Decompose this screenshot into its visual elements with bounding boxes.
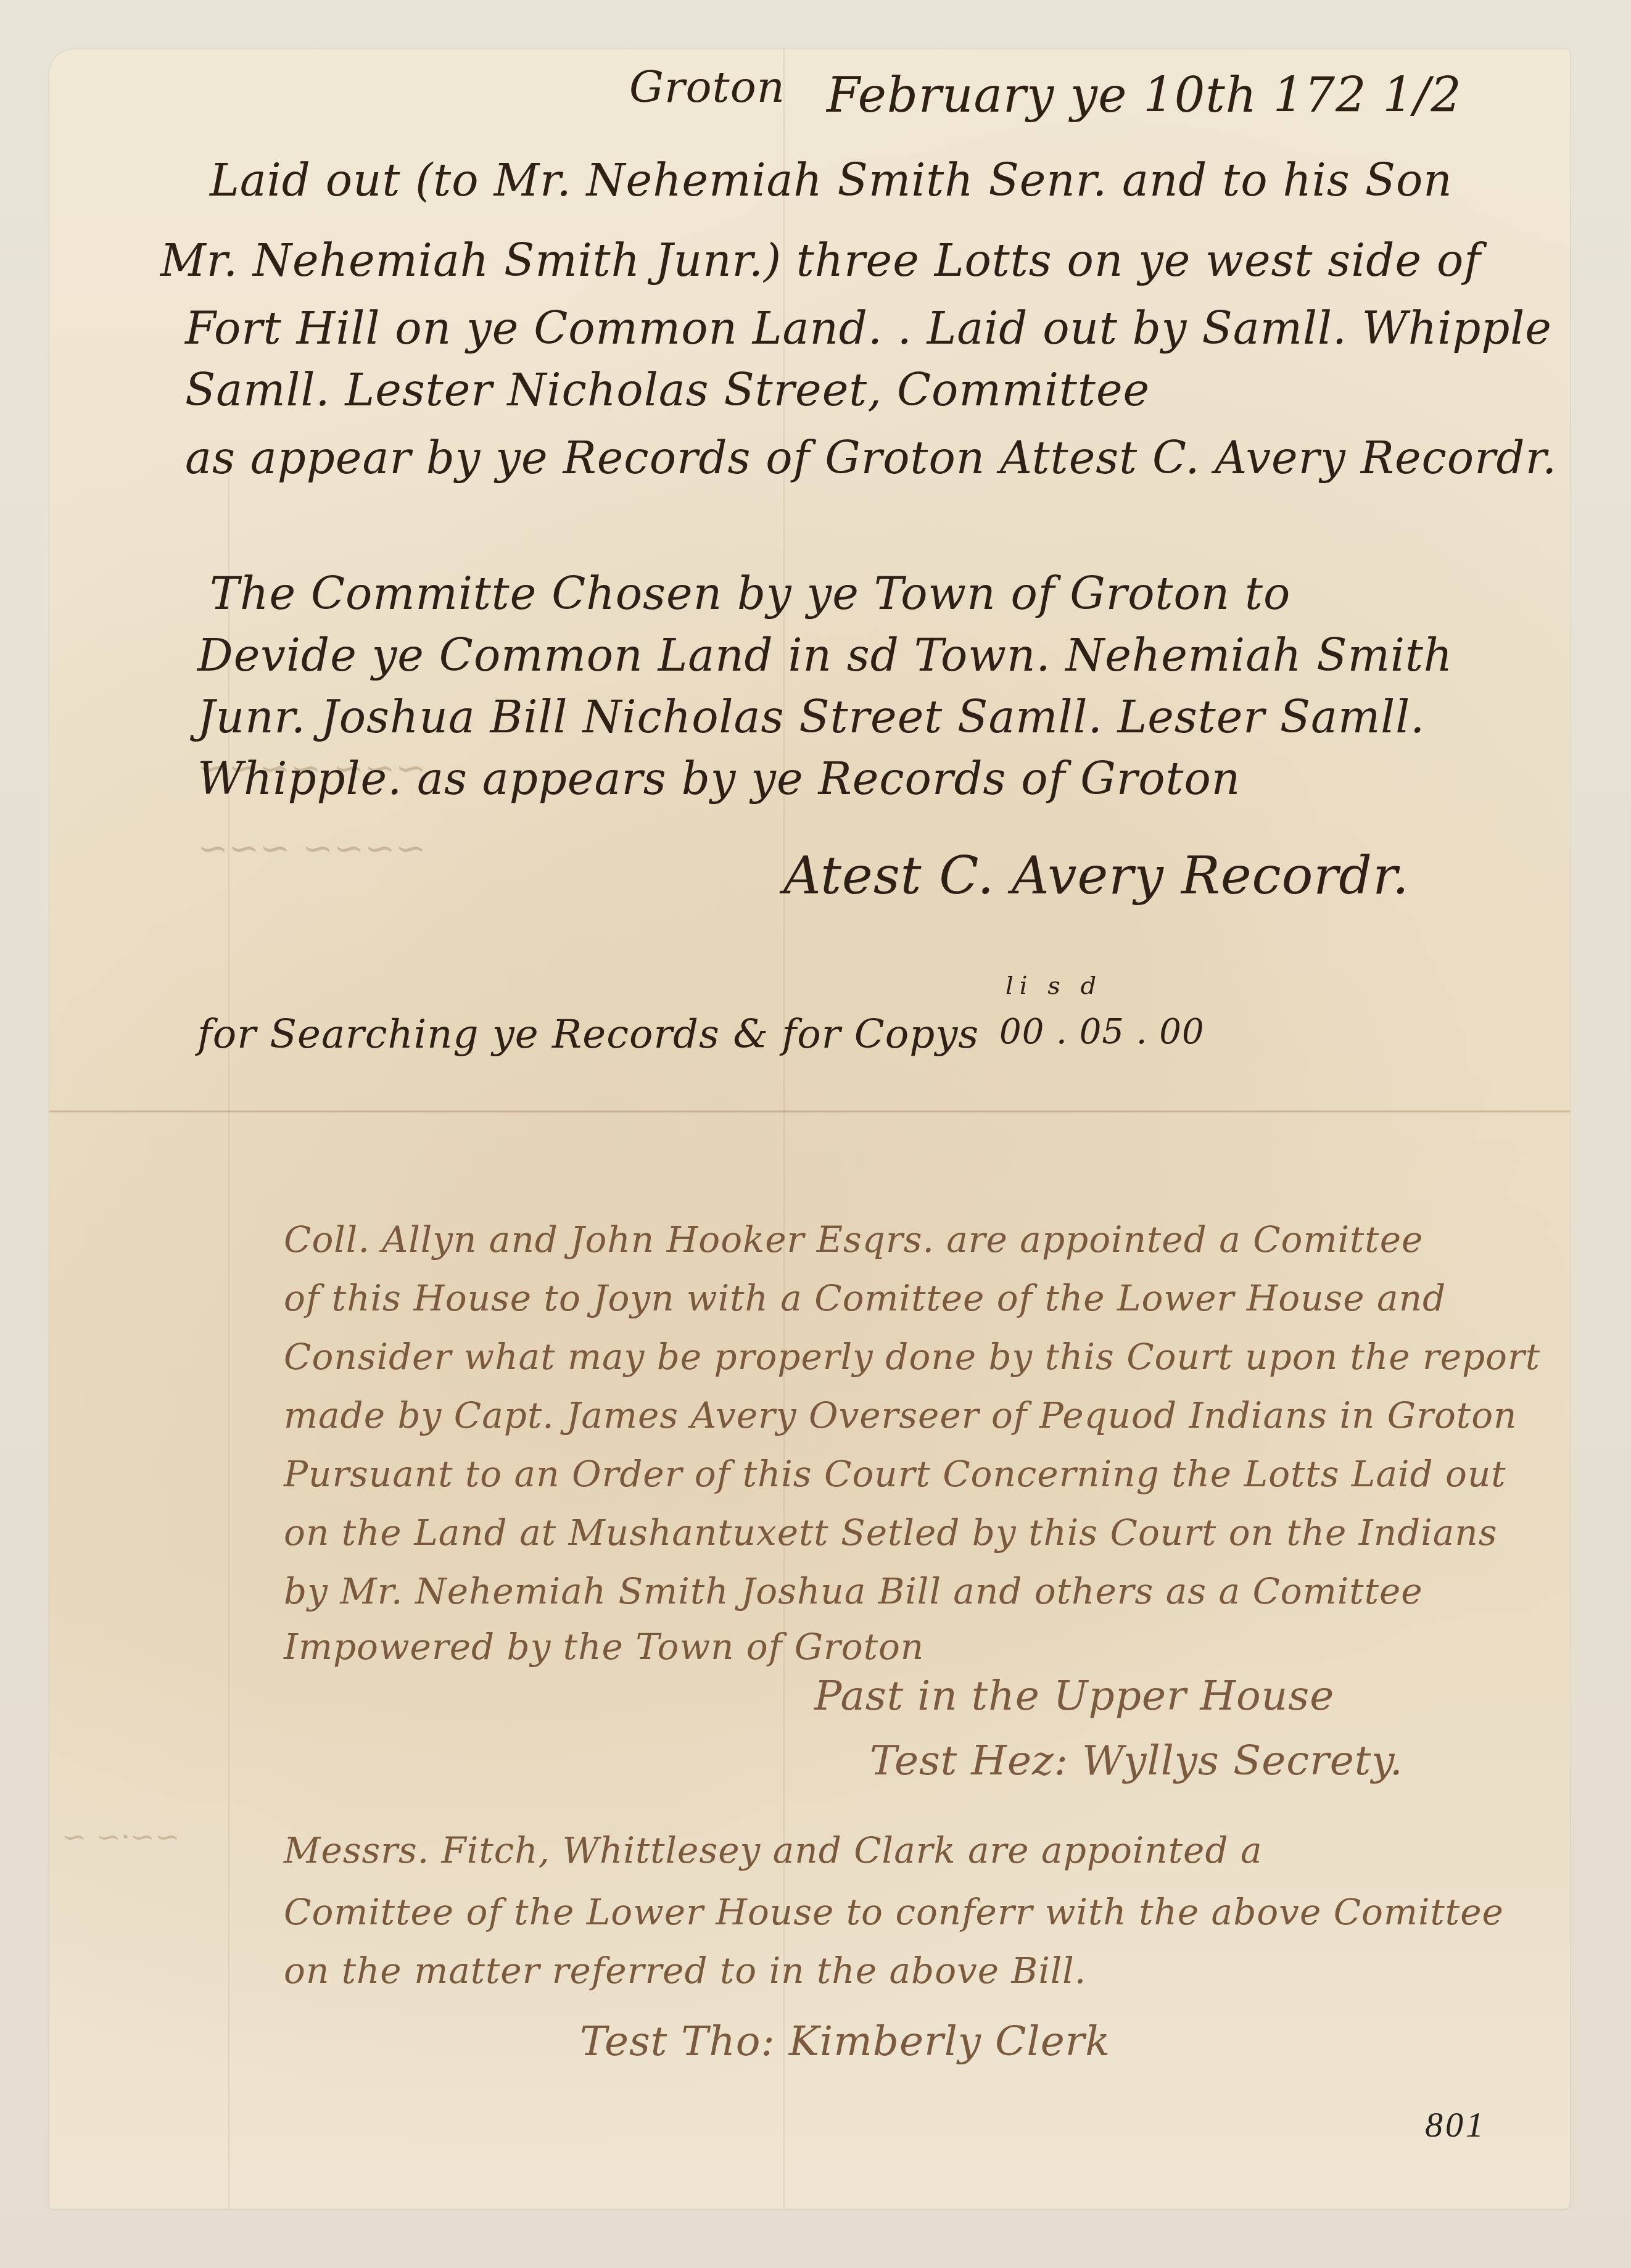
- entry-3-line-5: Pursuant to an Order of this Court Conce…: [284, 1453, 1506, 1495]
- entry-3-signature: Test Hez: Wyllys Secrety.: [870, 1737, 1403, 1784]
- horizontal-fold-line: [49, 1111, 1570, 1112]
- entry-3-line-3: Consider what may be properly done by th…: [284, 1336, 1540, 1378]
- entry-1-line-5: as appear by ye Records of Groton Attest…: [185, 432, 1557, 484]
- manuscript-page: ~~~ ~~~~ ~~~~ ~~~ ~~·~ ~ Groton February…: [49, 49, 1570, 2209]
- bleed-through-ink: ~~~~ ~~~: [197, 827, 426, 870]
- entry-3-line-6: on the Land at Mushantuxett Setled by th…: [284, 1512, 1497, 1554]
- entry-4-line-2: Comittee of the Lower House to conferr w…: [284, 1891, 1504, 1933]
- entry-2-attestation: Atest C. Avery Recordr.: [783, 845, 1410, 906]
- entry-4-line-1: Messrs. Fitch, Whittlesey and Clark are …: [284, 1829, 1263, 1871]
- fee-currency-headers: li s d: [1005, 972, 1102, 1000]
- fee-description: for Searching ye Records & for Copys: [197, 1012, 979, 1057]
- entry-3-line-2: of this House to Joyn with a Comittee of…: [284, 1277, 1446, 1319]
- entry-3-line-4: made by Capt. James Avery Overseer of Pe…: [284, 1394, 1517, 1436]
- entry-3-line-7: by Mr. Nehemiah Smith Joshua Bill and ot…: [284, 1570, 1423, 1612]
- entry-4-signature: Test Tho: Kimberly Clerk: [580, 2018, 1110, 2065]
- entry-4-line-3: on the matter referred to in the above B…: [284, 1950, 1086, 1992]
- header-date: February ye 10th 172 1/2: [827, 68, 1462, 123]
- entry-2-line-4: Whipple. as appears by ye Records of Gro…: [197, 753, 1241, 805]
- fee-amount: 00 . 05 . 00: [999, 1012, 1205, 1052]
- entry-2-line-3: Junr. Joshua Bill Nicholas Street Samll.…: [197, 691, 1425, 743]
- header-place: Groton: [629, 62, 785, 112]
- bleed-through-ink: ~~·~ ~: [62, 1820, 180, 1855]
- entry-3-line-8: Impowered by the Town of Groton: [284, 1626, 924, 1668]
- archival-page-number: 801: [1425, 2104, 1486, 2145]
- entry-3-passed: Past in the Upper House: [814, 1672, 1334, 1720]
- entry-1-line-1: Laid out (to Mr. Nehemiah Smith Senr. an…: [210, 154, 1453, 206]
- entry-1-line-3: Fort Hill on ye Common Land. . Laid out …: [185, 302, 1552, 354]
- entry-1-line-2: Mr. Nehemiah Smith Junr.) three Lotts on…: [160, 234, 1481, 286]
- entry-1-line-4: Samll. Lester Nicholas Street, Committee: [185, 364, 1150, 416]
- entry-3-line-1: Coll. Allyn and John Hooker Esqrs. are a…: [284, 1219, 1423, 1260]
- entry-2-line-2: Devide ye Common Land in sd Town. Nehemi…: [197, 629, 1453, 681]
- entry-2-line-1: The Committe Chosen by ye Town of Groton…: [210, 568, 1290, 619]
